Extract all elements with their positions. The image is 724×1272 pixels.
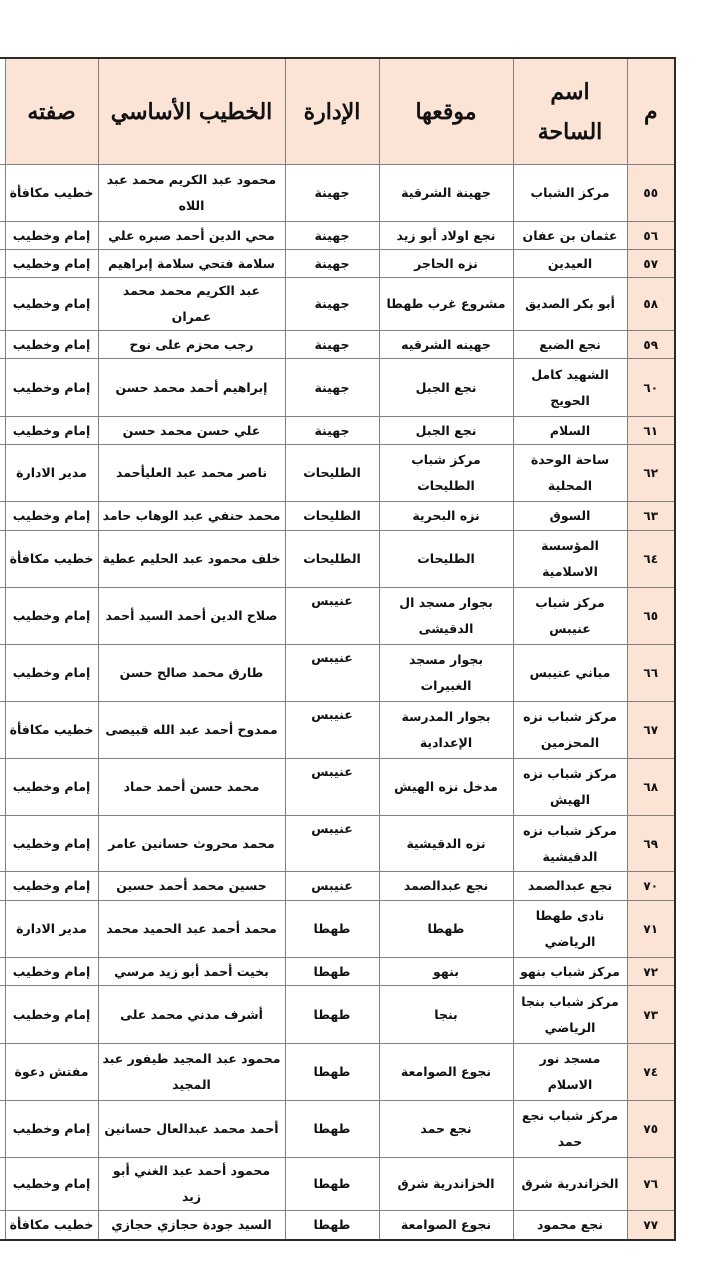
cell-administration: جهينة — [285, 417, 379, 445]
cell-location: بجوار مسجد ال الدقيشى — [379, 588, 513, 645]
cell-square-name: المؤسسة الاسلامية — [513, 531, 627, 588]
cell-khatib: أحمد محمد عبدالعال حسانين — [98, 1101, 285, 1158]
table-row: ٦٩مركز شباب نزه الدقيشيةنزه الدقيشيةعنيب… — [0, 816, 675, 872]
cell-administration: جهينة — [285, 250, 379, 278]
table-row: ٧١نادى طهطا الرياضيطهطاطهطامحمد أحمد عبد… — [0, 901, 675, 958]
cell-administration: عنيبس — [285, 816, 379, 872]
cell-num: ٧٤ — [627, 1044, 675, 1101]
cell-cut-column — [0, 645, 5, 702]
cell-square-name: مركز شباب نزه الهيش — [513, 759, 627, 816]
header-administration: الإدارة — [285, 58, 379, 165]
table-row: ٧٠نجع عبدالصمدنجع عبدالصمدعنيبسحسين محمد… — [0, 872, 675, 901]
cell-khatib: محي الدين أحمد صبره علي — [98, 222, 285, 250]
cell-location: مركز شباب الطليحات — [379, 445, 513, 502]
cell-cut-column — [0, 1158, 5, 1211]
cell-khatib: السيد جودة حجازي حجازي — [98, 1211, 285, 1240]
cell-num: ٦٩ — [627, 816, 675, 872]
cell-cut-column — [0, 1211, 5, 1240]
cell-location: بجوار المدرسة الإعدادية — [379, 702, 513, 759]
header-khatib: الخطيب الأساسي — [98, 58, 285, 165]
cell-cut-column — [0, 278, 5, 331]
cell-administration: عنيبس — [285, 759, 379, 816]
cell-role: إمام وخطيب — [5, 986, 98, 1044]
cell-cut-column — [0, 417, 5, 445]
cell-khatib: طارق محمد صالح حسن — [98, 645, 285, 702]
cell-administration: الطليحات — [285, 445, 379, 502]
cell-square-name: مركز شباب عنيبس — [513, 588, 627, 645]
cell-cut-column — [0, 359, 5, 417]
cell-khatib: أشرف مدني محمد على — [98, 986, 285, 1044]
cell-khatib: رجب محزم على نوح — [98, 331, 285, 359]
table-row: ٦٤المؤسسة الاسلاميةالطليحاتالطليحاتخلف م… — [0, 531, 675, 588]
cell-square-name: مركز شباب نجع حمد — [513, 1101, 627, 1158]
cell-num: ٦٤ — [627, 531, 675, 588]
cell-role: إمام وخطيب — [5, 1101, 98, 1158]
cell-khatib: محمد حنفي عبد الوهاب حامد — [98, 502, 285, 531]
cell-location: نزه البحرية — [379, 502, 513, 531]
cell-administration: عنيبس — [285, 872, 379, 901]
cell-location: جهينة الشرقية — [379, 165, 513, 222]
cell-square-name: ساحة الوحدة المحلية — [513, 445, 627, 502]
table-row: ٦٨مركز شباب نزه الهيشمدخل نزه الهيشعنيبس… — [0, 759, 675, 816]
cell-khatib: حسين محمد أحمد حسين — [98, 872, 285, 901]
cell-administration: جهينة — [285, 165, 379, 222]
cell-square-name: أبو بكر الصديق — [513, 278, 627, 331]
cell-cut-column — [0, 872, 5, 901]
cell-location: بجوار مسجد الغبيرات — [379, 645, 513, 702]
cell-square-name: مركز شباب نزه الدقيشية — [513, 816, 627, 872]
cell-num: ٥٧ — [627, 250, 675, 278]
cell-khatib: خلف محمود عبد الحليم عطية — [98, 531, 285, 588]
cell-square-name: مسجد نور الاسلام — [513, 1044, 627, 1101]
header-location: موقعها — [379, 58, 513, 165]
cell-role: إمام وخطيب — [5, 958, 98, 986]
cell-location: الطليحات — [379, 531, 513, 588]
cell-num: ٦٠ — [627, 359, 675, 417]
cell-num: ٥٥ — [627, 165, 675, 222]
cell-role: إمام وخطيب — [5, 759, 98, 816]
cell-location: بنهو — [379, 958, 513, 986]
cell-square-name: العيدين — [513, 250, 627, 278]
cell-square-name: مباني عنيبس — [513, 645, 627, 702]
table-row: ٥٥مركز الشبابجهينة الشرقيةجهينةمحمود عبد… — [0, 165, 675, 222]
cell-administration: عنيبس — [285, 645, 379, 702]
cell-khatib: عبد الكريم محمد محمد عمران — [98, 278, 285, 331]
header-square-name: اسم الساحة — [513, 58, 627, 165]
cell-square-name: نجع عبدالصمد — [513, 872, 627, 901]
table-row: ٥٦عثمان بن عفاننجع اولاد أبو زيدجهينةمحي… — [0, 222, 675, 250]
cell-role: إمام وخطيب — [5, 278, 98, 331]
cell-square-name: نادى طهطا الرياضي — [513, 901, 627, 958]
cell-num: ٧٠ — [627, 872, 675, 901]
cell-role: إمام وخطيب — [5, 816, 98, 872]
cell-administration: الطليحات — [285, 531, 379, 588]
table-row: ٦٧مركز شباب نزه المحزمينبجوار المدرسة ال… — [0, 702, 675, 759]
cell-num: ٦٨ — [627, 759, 675, 816]
cell-role: إمام وخطيب — [5, 872, 98, 901]
cell-location: الخزاندرية شرق — [379, 1158, 513, 1211]
cell-khatib: محمد حسن أحمد حماد — [98, 759, 285, 816]
cell-khatib: سلامة فتحي سلامة إبراهيم — [98, 250, 285, 278]
cell-num: ٧٥ — [627, 1101, 675, 1158]
cell-administration: عنيبس — [285, 588, 379, 645]
table-row: ٧٣مركز شباب بنجا الرياضيبنجاطهطاأشرف مدن… — [0, 986, 675, 1044]
cell-location: نجع حمد — [379, 1101, 513, 1158]
table-body: ٥٥مركز الشبابجهينة الشرقيةجهينةمحمود عبد… — [0, 165, 675, 1240]
cell-square-name: الشهيد كامل الحويج — [513, 359, 627, 417]
cell-num: ٧٣ — [627, 986, 675, 1044]
cell-role: خطيب مكافأة — [5, 702, 98, 759]
cell-administration: طهطا — [285, 1211, 379, 1240]
mosque-khatib-table: م اسم الساحة موقعها الإدارة الخطيب الأسا… — [0, 57, 676, 1241]
cell-role: إمام وخطيب — [5, 417, 98, 445]
header-cut-column — [0, 58, 5, 165]
cell-khatib: علي حسن محمد حسن — [98, 417, 285, 445]
table-row: ٧٧نجع محمودنجوع الصوامعةطهطاالسيد جودة ح… — [0, 1211, 675, 1240]
cell-square-name: مركز شباب نزه المحزمين — [513, 702, 627, 759]
cell-location: بنجا — [379, 986, 513, 1044]
table-row: ٦١السلامنجع الجبلجهينةعلي حسن محمد حسنإم… — [0, 417, 675, 445]
cell-administration: طهطا — [285, 901, 379, 958]
cell-location: نزه الدقيشية — [379, 816, 513, 872]
cell-khatib: إبراهيم أحمد محمد حسن — [98, 359, 285, 417]
cell-khatib: بخيت أحمد أبو زيد مرسي — [98, 958, 285, 986]
cell-role: إمام وخطيب — [5, 250, 98, 278]
cell-khatib: محمود أحمد عبد الغني أبو زيد — [98, 1158, 285, 1211]
cell-role: إمام وخطيب — [5, 502, 98, 531]
cell-khatib: محمود عبد المجيد طيفور عبد المجيد — [98, 1044, 285, 1101]
cell-role: خطيب مكافأة — [5, 165, 98, 222]
cell-cut-column — [0, 1044, 5, 1101]
table-row: ٦٢ساحة الوحدة المحليةمركز شباب الطليحاتا… — [0, 445, 675, 502]
table-row: ٥٧العيديننزه الحاجرجهينةسلامة فتحي سلامة… — [0, 250, 675, 278]
cell-cut-column — [0, 222, 5, 250]
cell-administration: جهينة — [285, 278, 379, 331]
cell-num: ٦٥ — [627, 588, 675, 645]
cell-location: نجوع الصوامعة — [379, 1044, 513, 1101]
cell-cut-column — [0, 502, 5, 531]
cell-num: ٦١ — [627, 417, 675, 445]
cell-role: إمام وخطيب — [5, 588, 98, 645]
cell-location: نجع الجبل — [379, 417, 513, 445]
cell-square-name: السلام — [513, 417, 627, 445]
cell-cut-column — [0, 588, 5, 645]
cell-role: مدير الادارة — [5, 901, 98, 958]
cell-num: ٧٧ — [627, 1211, 675, 1240]
cell-role: إمام وخطيب — [5, 645, 98, 702]
cell-role: خطيب مكافأة — [5, 1211, 98, 1240]
cell-location: نجع عبدالصمد — [379, 872, 513, 901]
table-row: ٥٩نجع الضبعجهينه الشرقيهجهينةرجب محزم عل… — [0, 331, 675, 359]
cell-administration: جهينة — [285, 222, 379, 250]
header-row: م اسم الساحة موقعها الإدارة الخطيب الأسا… — [0, 58, 675, 165]
cell-khatib: محمد محروث حسانين عامر — [98, 816, 285, 872]
cell-role: خطيب مكافأة — [5, 531, 98, 588]
cell-role: مدير الادارة — [5, 445, 98, 502]
cell-square-name: نجع الضبع — [513, 331, 627, 359]
cell-square-name: عثمان بن عفان — [513, 222, 627, 250]
cell-administration: عنيبس — [285, 702, 379, 759]
cell-location: طهطا — [379, 901, 513, 958]
header-num: م — [627, 58, 675, 165]
cell-administration: الطليحات — [285, 502, 379, 531]
cell-location: مدخل نزه الهيش — [379, 759, 513, 816]
cell-cut-column — [0, 531, 5, 588]
cell-square-name: مركز شباب بنجا الرياضي — [513, 986, 627, 1044]
cell-cut-column — [0, 445, 5, 502]
cell-cut-column — [0, 986, 5, 1044]
cell-administration: جهينة — [285, 359, 379, 417]
cell-cut-column — [0, 702, 5, 759]
cell-role: إمام وخطيب — [5, 222, 98, 250]
cell-role: إمام وخطيب — [5, 1158, 98, 1211]
cell-square-name: مركز شباب بنهو — [513, 958, 627, 986]
cell-square-name: مركز الشباب — [513, 165, 627, 222]
cell-role: إمام وخطيب — [5, 331, 98, 359]
cell-khatib: محمود عبد الكريم محمد عبد اللاه — [98, 165, 285, 222]
cell-cut-column — [0, 331, 5, 359]
cell-location: نجع اولاد أبو زيد — [379, 222, 513, 250]
table-row: ٥٨أبو بكر الصديقمشروع غرب طهطاجهينةعبد ا… — [0, 278, 675, 331]
cell-num: ٧٢ — [627, 958, 675, 986]
cell-num: ٧٦ — [627, 1158, 675, 1211]
cell-location: مشروع غرب طهطا — [379, 278, 513, 331]
cell-square-name: الخزاندرية شرق — [513, 1158, 627, 1211]
cell-num: ٥٦ — [627, 222, 675, 250]
cell-cut-column — [0, 816, 5, 872]
table-row: ٧٦الخزاندرية شرقالخزاندرية شرقطهطامحمود … — [0, 1158, 675, 1211]
cell-khatib: محمد أحمد عبد الحميد محمد — [98, 901, 285, 958]
cell-administration: طهطا — [285, 958, 379, 986]
cell-location: نجع الجبل — [379, 359, 513, 417]
cell-num: ٦٧ — [627, 702, 675, 759]
cell-khatib: صلاح الدين أحمد السيد أحمد — [98, 588, 285, 645]
cell-administration: طهطا — [285, 1044, 379, 1101]
cell-administration: طهطا — [285, 1101, 379, 1158]
cell-khatib: ناصر محمد عبد العليأحمد — [98, 445, 285, 502]
table-row: ٧٢مركز شباب بنهوبنهوطهطابخيت أحمد أبو زي… — [0, 958, 675, 986]
cell-square-name: نجع محمود — [513, 1211, 627, 1240]
header-role: صفته — [5, 58, 98, 165]
table-row: ٧٥مركز شباب نجع حمدنجع حمدطهطاأحمد محمد … — [0, 1101, 675, 1158]
cell-location: نزه الحاجر — [379, 250, 513, 278]
cell-num: ٦٢ — [627, 445, 675, 502]
cell-cut-column — [0, 250, 5, 278]
cell-num: ٥٩ — [627, 331, 675, 359]
cell-administration: طهطا — [285, 1158, 379, 1211]
cell-num: ٦٣ — [627, 502, 675, 531]
table-row: ٦٣السوقنزه البحريةالطليحاتمحمد حنفي عبد … — [0, 502, 675, 531]
cell-role: مفتش دعوة — [5, 1044, 98, 1101]
cell-cut-column — [0, 901, 5, 958]
cell-cut-column — [0, 1101, 5, 1158]
cell-square-name: السوق — [513, 502, 627, 531]
cell-administration: طهطا — [285, 986, 379, 1044]
cell-location: نجوع الصوامعة — [379, 1211, 513, 1240]
cell-role: إمام وخطيب — [5, 359, 98, 417]
cell-cut-column — [0, 759, 5, 816]
cell-location: جهينه الشرقيه — [379, 331, 513, 359]
table-row: ٦٥مركز شباب عنيبسبجوار مسجد ال الدقيشىعن… — [0, 588, 675, 645]
table-row: ٦٦مباني عنيبسبجوار مسجد الغبيراتعنيبسطار… — [0, 645, 675, 702]
cell-administration: جهينة — [285, 331, 379, 359]
cell-num: ٥٨ — [627, 278, 675, 331]
table-row: ٧٤مسجد نور الاسلامنجوع الصوامعةطهطامحمود… — [0, 1044, 675, 1101]
cell-cut-column — [0, 958, 5, 986]
cell-khatib: ممدوح أحمد عبد الله قبيصى — [98, 702, 285, 759]
cell-cut-column — [0, 165, 5, 222]
table-row: ٦٠الشهيد كامل الحويجنجع الجبلجهينةإبراهي… — [0, 359, 675, 417]
cell-num: ٧١ — [627, 901, 675, 958]
cell-num: ٦٦ — [627, 645, 675, 702]
